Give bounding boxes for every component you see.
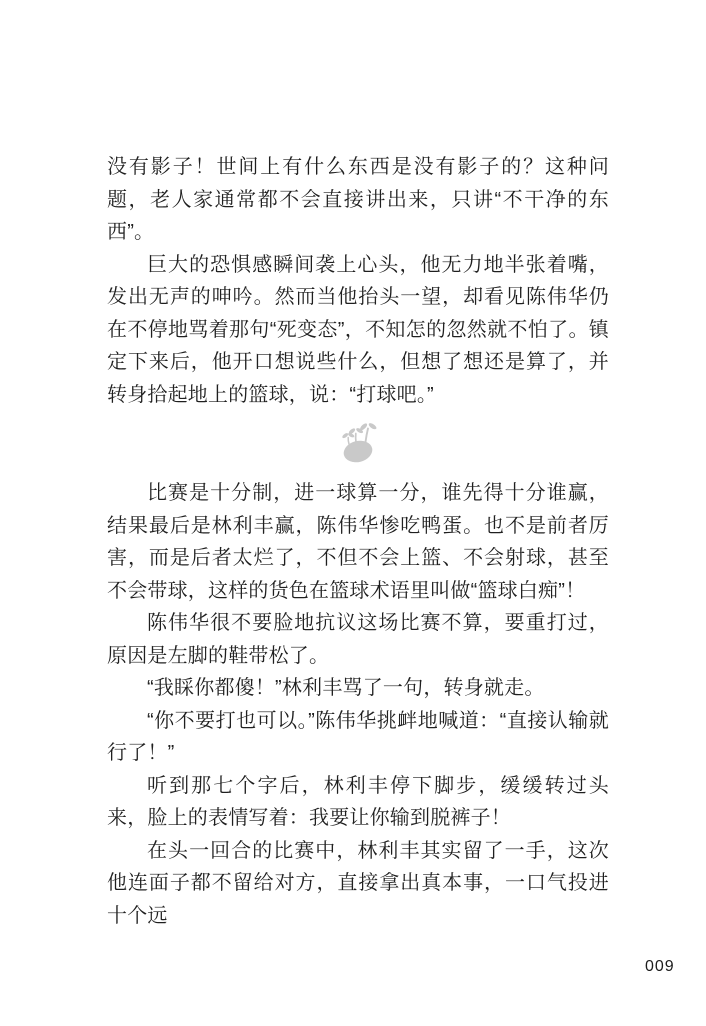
paragraph: “我睬你都傻！”林利丰骂了一句，转身就走。 — [107, 672, 609, 705]
section-divider — [107, 411, 609, 477]
body-text: 没有影子！世间上有什么东西是没有影子的？这种问题，老人家通常都不会直接讲出来，只… — [107, 151, 609, 932]
paragraph: 没有影子！世间上有什么东西是没有影子的？这种问题，老人家通常都不会直接讲出来，只… — [107, 151, 609, 249]
paragraph: “你不要打也可以。”陈伟华挑衅地喊道：“直接认输就行了！” — [107, 705, 609, 770]
paragraph: 听到那七个字后，林利丰停下脚步，缓缓转过头来，脸上的表情写着：我要让你输到脱裤子… — [107, 770, 609, 835]
paragraph: 比赛是十分制，进一球算一分，谁先得十分谁赢，结果最后是林利丰赢，陈伟华惨吃鸭蛋。… — [107, 477, 609, 607]
sprout-seed-icon — [336, 423, 380, 465]
page-number: 009 — [645, 958, 675, 976]
paragraph: 在头一回合的比赛中，林利丰其实留了一手，这次他连面子都不留给对方，直接拿出真本事… — [107, 835, 609, 933]
paragraph: 巨大的恐惧感瞬间袭上心头，他无力地半张着嘴，发出无声的呻吟。然而当他抬头一望，却… — [107, 249, 609, 412]
book-page: 没有影子！世间上有什么东西是没有影子的？这种问题，老人家通常都不会直接讲出来，只… — [0, 0, 706, 1026]
paragraph: 陈伟华很不要脸地抗议这场比赛不算，要重打过，原因是左脚的鞋带松了。 — [107, 607, 609, 672]
